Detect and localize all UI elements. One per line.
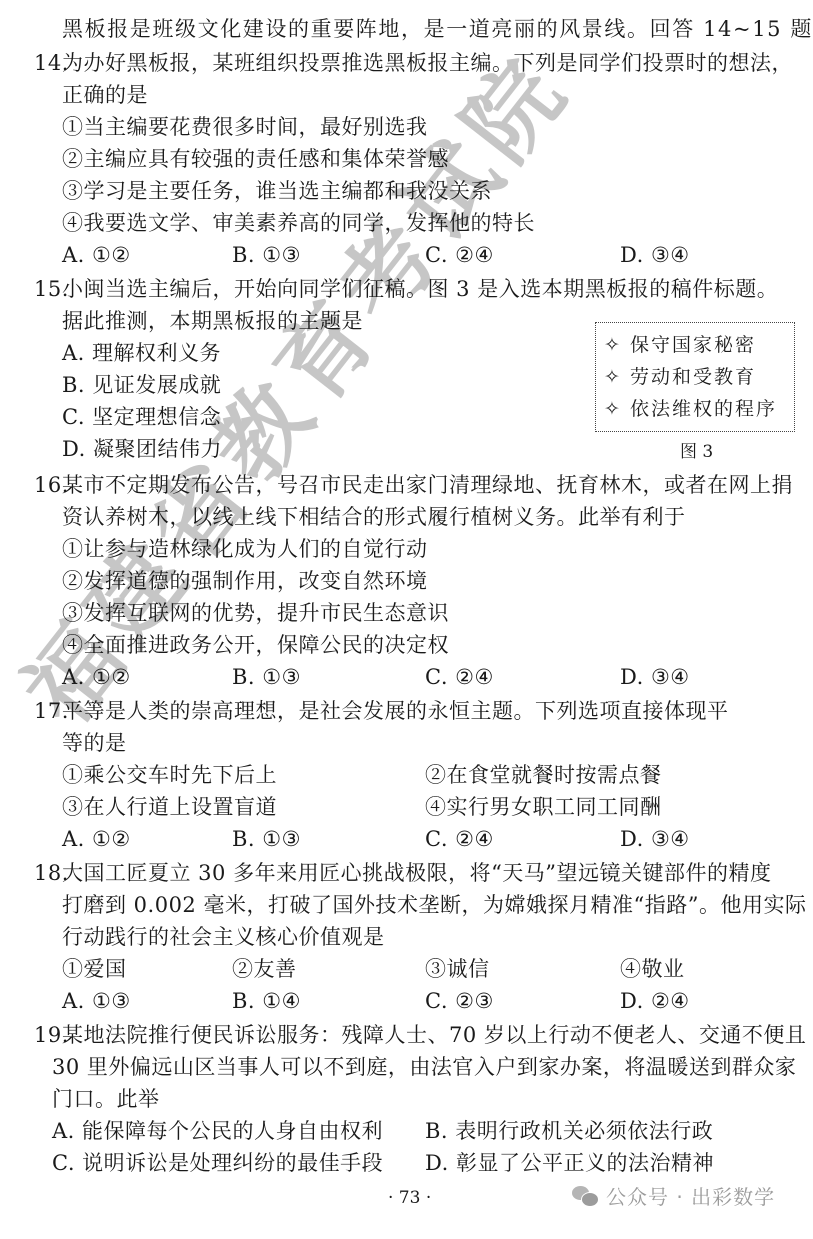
question-stem: 等的是 [62, 728, 127, 758]
option-a: A. ①② [62, 662, 131, 692]
figure-item: ✧ 保守国家秘密 [604, 329, 794, 361]
statement: ④实行男女职工同工同酬 [425, 792, 662, 822]
wechat-brand: 公众号 · 出彩数学 [572, 1181, 775, 1210]
figure-3-box: ✧ 保守国家秘密 ✧ 劳动和受教育 ✧ 依法维权的程序 [595, 322, 795, 432]
statement: ②发挥道德的强制作用，改变自然环境 [62, 566, 428, 596]
option-c: C. ②④ [425, 662, 494, 692]
question-stem: 打磨到 0.002 毫米，打破了国外技术垄断，为嫦娥探月精准“指路”。他用实际 [62, 890, 806, 920]
option-c: C. 坚定理想信念 [62, 402, 221, 432]
exam-page: 福建省教育考试院 黑板报是班级文化建设的重要阵地，是一道亮丽的风景线。回答 14… [0, 0, 813, 1239]
question-stem: 大国工匠夏立 30 多年来用匠心挑战极限，将“天马”望远镜关键部件的精度 [62, 858, 772, 888]
figure-item: ✧ 劳动和受教育 [604, 361, 794, 393]
option-d: D. 凝聚团结伟力 [62, 434, 222, 464]
question-stem: 某地法院推行便民诉讼服务：残障人士、70 岁以上行动不便老人、交通不便且 [62, 1020, 806, 1050]
question-stem: 资认养树木，以线上线下相结合的形式履行植树义务。此举有利于 [62, 502, 686, 532]
option-b: B. ①④ [232, 986, 301, 1016]
question-stem: 30 里外偏远山区当事人可以不到庭，由法官入户到家办案，将温暖送到群众家 [52, 1052, 796, 1082]
option-a: A. 理解权利义务 [62, 338, 221, 368]
option-b: B. ①③ [232, 824, 301, 854]
option-d: D. ③④ [620, 662, 690, 692]
question-stem: 平等是人类的崇高理想，是社会发展的永恒主题。下列选项直接体现平 [62, 696, 729, 726]
question-stem: 某市不定期发布公告，号召市民走出家门清理绿地、抚育林木，或者在网上捐 [62, 470, 793, 500]
option-c: C. 说明诉讼是处理纠纷的最佳手段 [52, 1148, 383, 1178]
statement: ①乘公交车时先下后上 [62, 760, 277, 790]
statement: ④我要选文学、审美素养高的同学，发挥他的特长 [62, 208, 535, 238]
brand-label: 公众号 · 出彩数学 [606, 1181, 775, 1210]
figure-item: ✧ 依法维权的程序 [604, 393, 794, 425]
option-b: B. ①③ [232, 240, 301, 270]
statement: ①让参与造林绿化成为人们的自觉行动 [62, 534, 428, 564]
option-a: A. ①② [62, 240, 131, 270]
option-d: D. ②④ [620, 986, 690, 1016]
statement: ②主编应具有较强的责任感和集体荣誉感 [62, 144, 449, 174]
statement: ④敬业 [620, 954, 685, 984]
statement: ③在人行道上设置盲道 [62, 792, 277, 822]
statement: ②友善 [232, 954, 297, 984]
statement: ②在食堂就餐时按需点餐 [425, 760, 662, 790]
option-d: D. 彰显了公平正义的法治精神 [425, 1148, 714, 1178]
option-c: C. ②③ [425, 986, 494, 1016]
statement: ③学习是主要任务，谁当选主编都和我没关系 [62, 176, 492, 206]
option-a: A. ①② [62, 824, 131, 854]
option-a: A. 能保障每个公民的人身自由权利 [52, 1116, 383, 1146]
question-stem: 正确的是 [62, 80, 148, 110]
statement: ④全面推进政务公开，保障公民的决定权 [62, 630, 449, 660]
option-d: D. ③④ [620, 824, 690, 854]
statement: ③诚信 [425, 954, 490, 984]
question-stem: 小闽当选主编后，开始向同学们征稿。图 3 是入选本期黑板报的稿件标题。 [62, 274, 778, 304]
figure-caption: 图 3 [680, 440, 713, 464]
statement: ③发挥互联网的优势，提升市民生态意识 [62, 598, 449, 628]
wechat-icon [572, 1184, 600, 1208]
option-b: B. ①③ [232, 662, 301, 692]
question-stem: 为办好黑板报，某班组织投票推选黑板报主编。下列是同学们投票时的想法， [62, 48, 793, 78]
option-d: D. ③④ [620, 240, 690, 270]
question-stem: 据此推测，本期黑板报的主题是 [62, 306, 363, 336]
option-a: A. ①③ [62, 986, 131, 1016]
option-c: C. ②④ [425, 824, 494, 854]
statement: ①当主编要花费很多时间，最好别选我 [62, 112, 428, 142]
question-stem: 行动践行的社会主义核心价值观是 [62, 922, 385, 952]
option-b: B. 见证发展成就 [62, 370, 221, 400]
option-b: B. 表明行政机关必须依法行政 [425, 1116, 713, 1146]
option-c: C. ②④ [425, 240, 494, 270]
question-stem: 门口。此举 [52, 1084, 160, 1114]
intro-text: 黑板报是班级文化建设的重要阵地，是一道亮丽的风景线。回答 14~15 题。 [62, 14, 813, 44]
statement: ①爱国 [62, 954, 127, 984]
page-number: · 73 · [388, 1188, 431, 1208]
